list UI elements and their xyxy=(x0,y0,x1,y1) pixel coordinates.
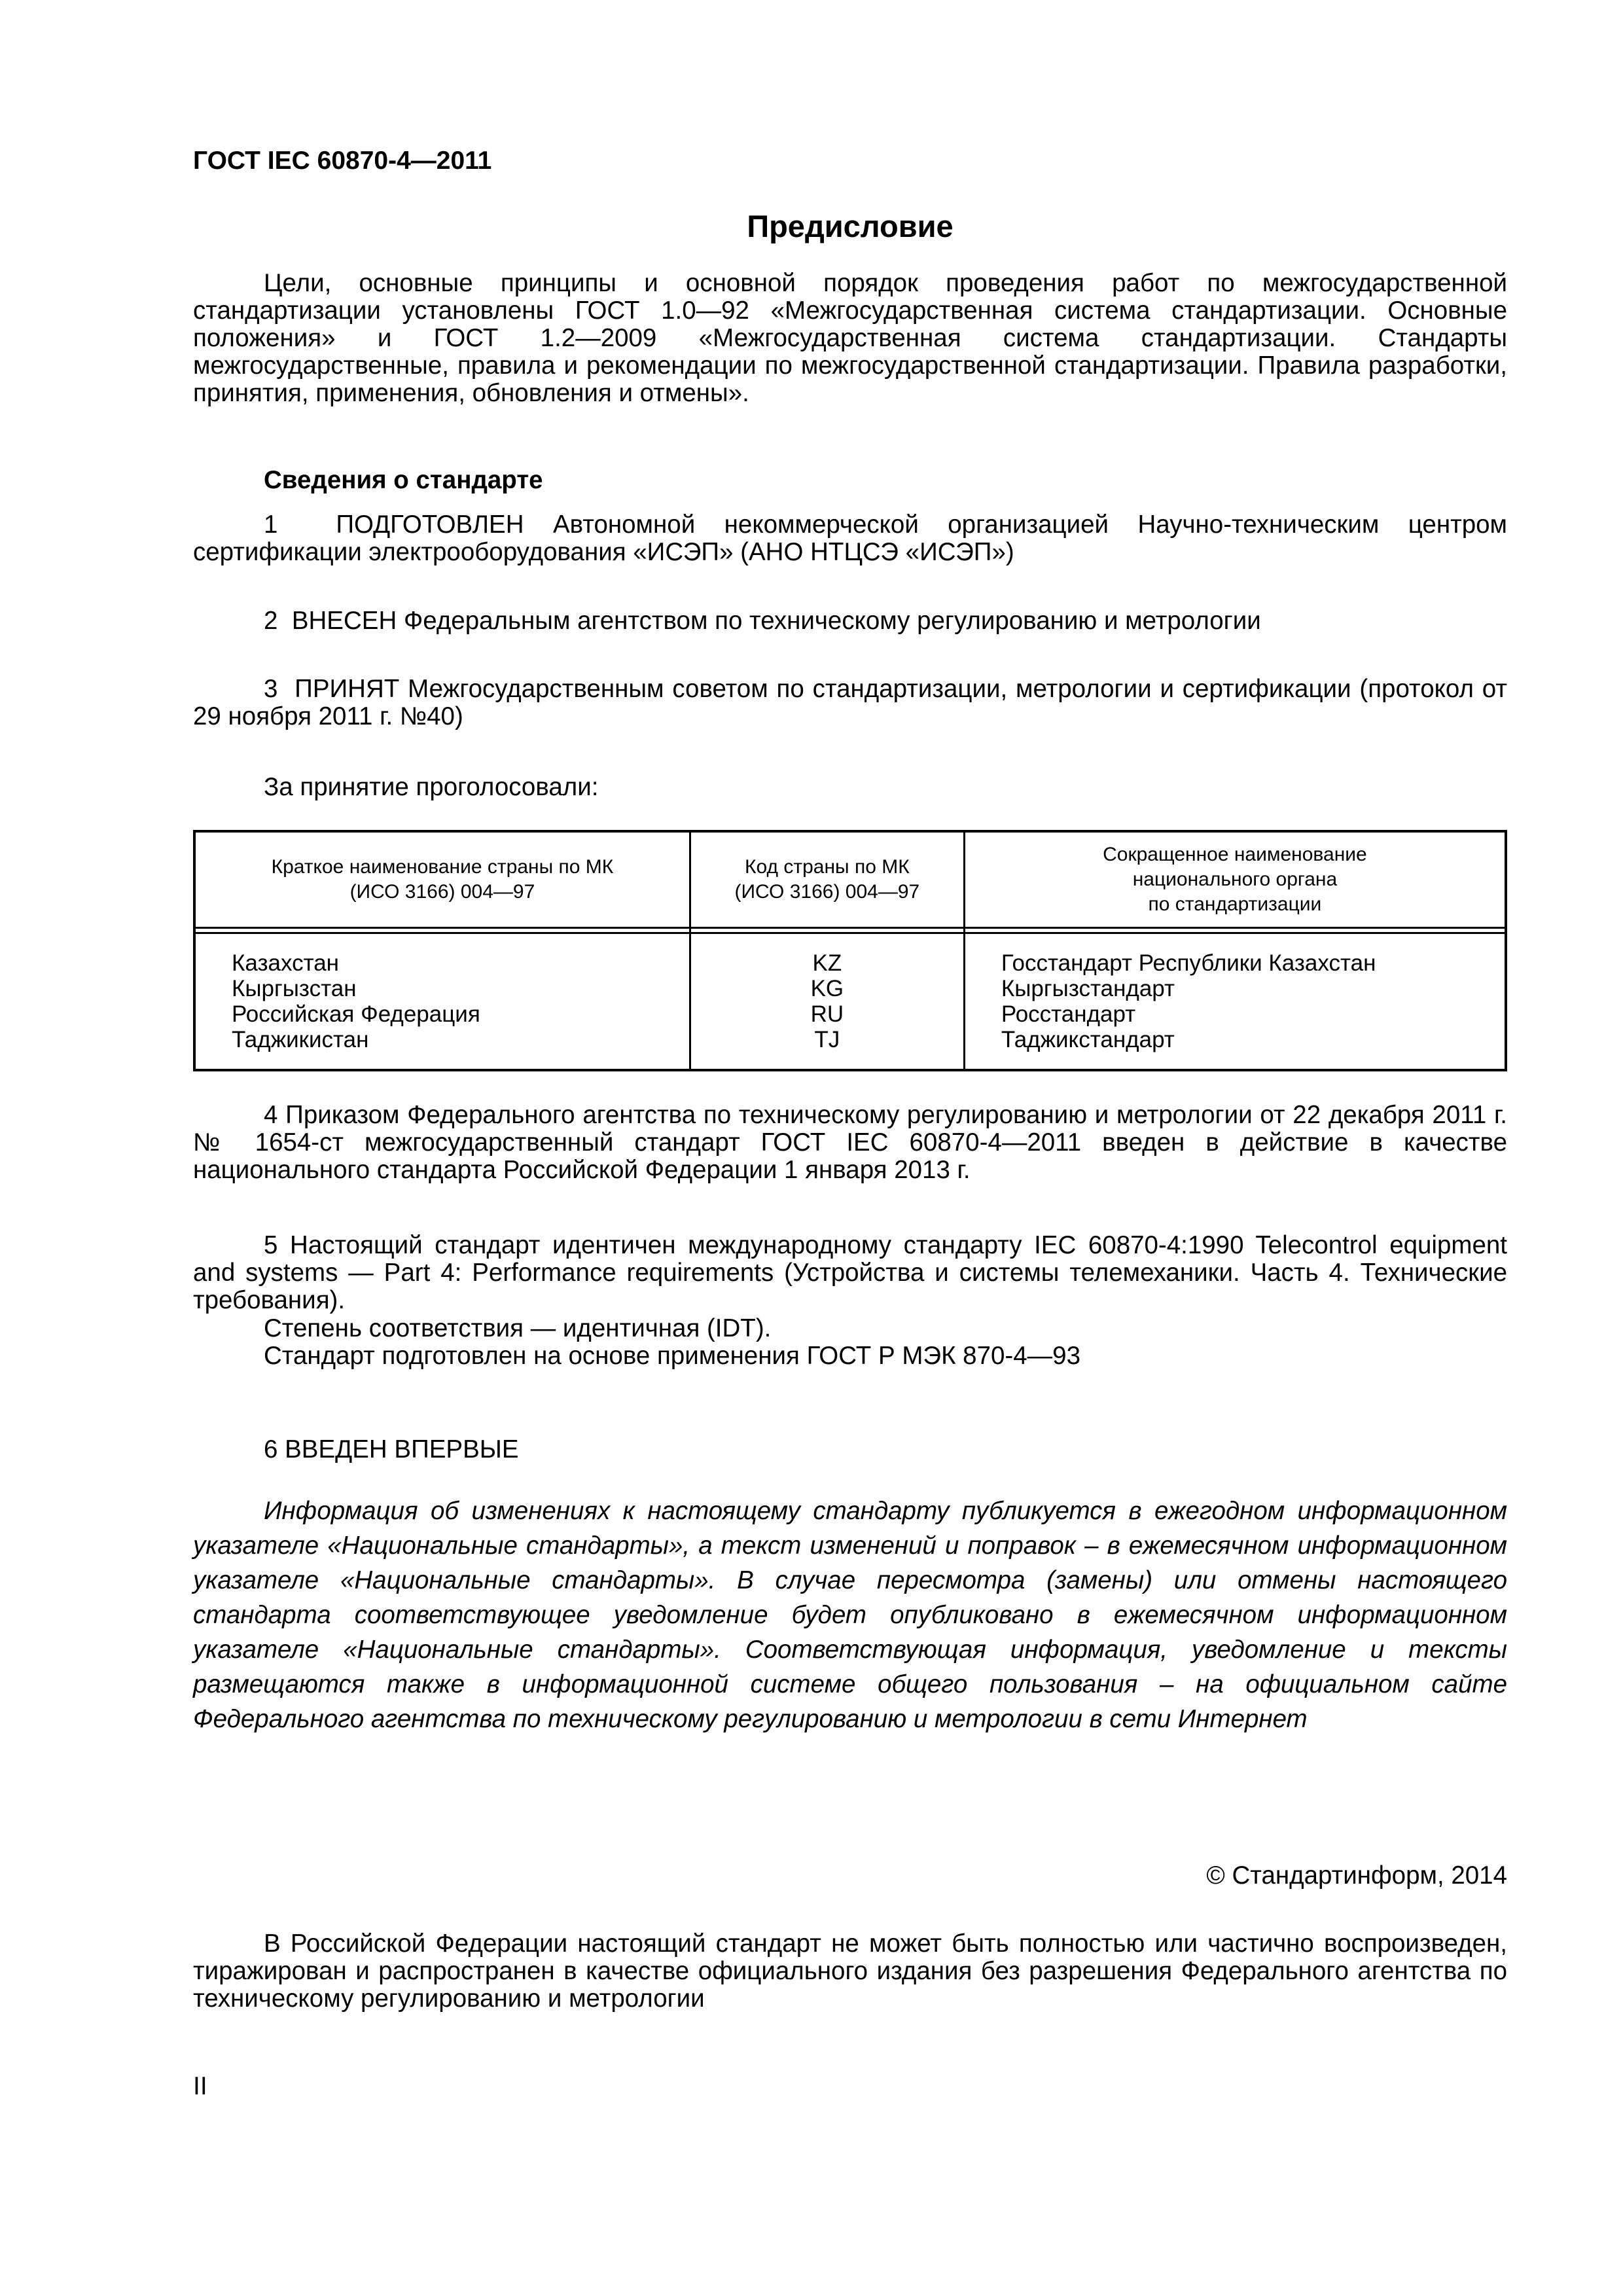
header-line: (ИСО 3166) 004—97 xyxy=(196,880,689,905)
country-name: Казахстан xyxy=(232,950,689,976)
votes-table-header-row: Краткое наименование страны по МК (ИСО 3… xyxy=(194,831,1506,928)
standards-body: Росстандарт xyxy=(1001,1001,1505,1027)
item-3-keyword: ПРИНЯТ xyxy=(294,675,399,703)
item-2-number: 2 xyxy=(264,607,277,635)
header-line: национального органа xyxy=(965,867,1505,892)
amendment-notice: Информация об изменениях к настоящему ст… xyxy=(193,1494,1507,1736)
document-code-header: ГОСТ IEC 60870-4—2011 xyxy=(193,148,491,173)
country-column: Казахстан Кыргызстан Российская Федераци… xyxy=(194,933,690,1071)
header-double-line xyxy=(194,928,1506,933)
item-2-text: Федеральным агентством по техническому р… xyxy=(404,607,1261,635)
standards-body: Кыргызстандарт xyxy=(1001,976,1505,1001)
votes-table-body: Казахстан Кыргызстан Российская Федераци… xyxy=(194,933,1506,1071)
item-3-adopted: 3 ПРИНЯТ Межгосударственным советом по с… xyxy=(193,675,1507,730)
country-name: Российская Федерация xyxy=(232,1001,689,1027)
country-code: TJ xyxy=(691,1027,963,1052)
section-title: Предисловие xyxy=(193,211,1507,242)
standards-body: Госстандарт Республики Казахстан xyxy=(1001,950,1505,976)
copyright-notice: © Стандартинформ, 2014 xyxy=(193,1862,1507,1890)
header-line: Сокращенное наименование xyxy=(965,842,1505,867)
item-2-submitted: 2 ВНЕСЕН Федеральным агентством по техни… xyxy=(193,607,1507,635)
page-number: II xyxy=(193,2073,207,2099)
country-code: KZ xyxy=(691,950,963,976)
intro-paragraph: Цели, основные принципы и основной поряд… xyxy=(193,270,1507,407)
item-1-number: 1 xyxy=(264,511,277,539)
item-1-keyword: ПОДГОТОВЛЕН xyxy=(336,511,524,539)
standards-body: Таджикстандарт xyxy=(1001,1027,1505,1052)
header-country-code: Код страны по МК (ИСО 3166) 004—97 xyxy=(690,831,964,928)
reproduction-notice: В Российской Федерации настоящий стандар… xyxy=(193,1930,1507,2013)
item-5-basis: Стандарт подготовлен на основе применени… xyxy=(193,1342,1507,1370)
code-column: KZ KG RU TJ xyxy=(690,933,964,1071)
standards-body-column: Госстандарт Республики Казахстан Кыргызс… xyxy=(964,933,1506,1071)
item-1-prepared: 1 ПОДГОТОВЛЕН Автономной некоммерческой … xyxy=(193,511,1507,566)
item-6-first-introduced: 6 ВВЕДЕН ВПЕРВЫЕ xyxy=(193,1436,1507,1463)
country-name: Таджикистан xyxy=(232,1027,689,1052)
item-3-number: 3 xyxy=(264,675,277,703)
header-country-name: Краткое наименование страны по МК (ИСО 3… xyxy=(194,831,690,928)
item-4-order: 4 Приказом Федерального агентства по тех… xyxy=(193,1102,1507,1184)
item-5-identity: 5 Настоящий стандарт идентичен междунаро… xyxy=(193,1232,1507,1314)
header-standards-body: Сокращенное наименование национального о… xyxy=(964,831,1506,928)
item-5-conformity: Степень соответствия — идентичная (IDT). xyxy=(193,1315,1507,1342)
voted-label: За принятие проголосовали: xyxy=(193,774,1507,801)
country-code: RU xyxy=(691,1001,963,1027)
country-code: KG xyxy=(691,976,963,1001)
header-line: по стандартизации xyxy=(965,892,1505,917)
item-2-keyword: ВНЕСЕН xyxy=(292,607,397,635)
header-line: Код страны по МК xyxy=(691,855,963,880)
header-line: Краткое наименование страны по МК xyxy=(196,855,689,880)
standard-info-heading: Сведения о стандарте xyxy=(193,467,1507,494)
country-name: Кыргызстан xyxy=(232,976,689,1001)
votes-table: Краткое наименование страны по МК (ИСО 3… xyxy=(193,830,1507,1071)
header-line: (ИСО 3166) 004—97 xyxy=(691,880,963,905)
